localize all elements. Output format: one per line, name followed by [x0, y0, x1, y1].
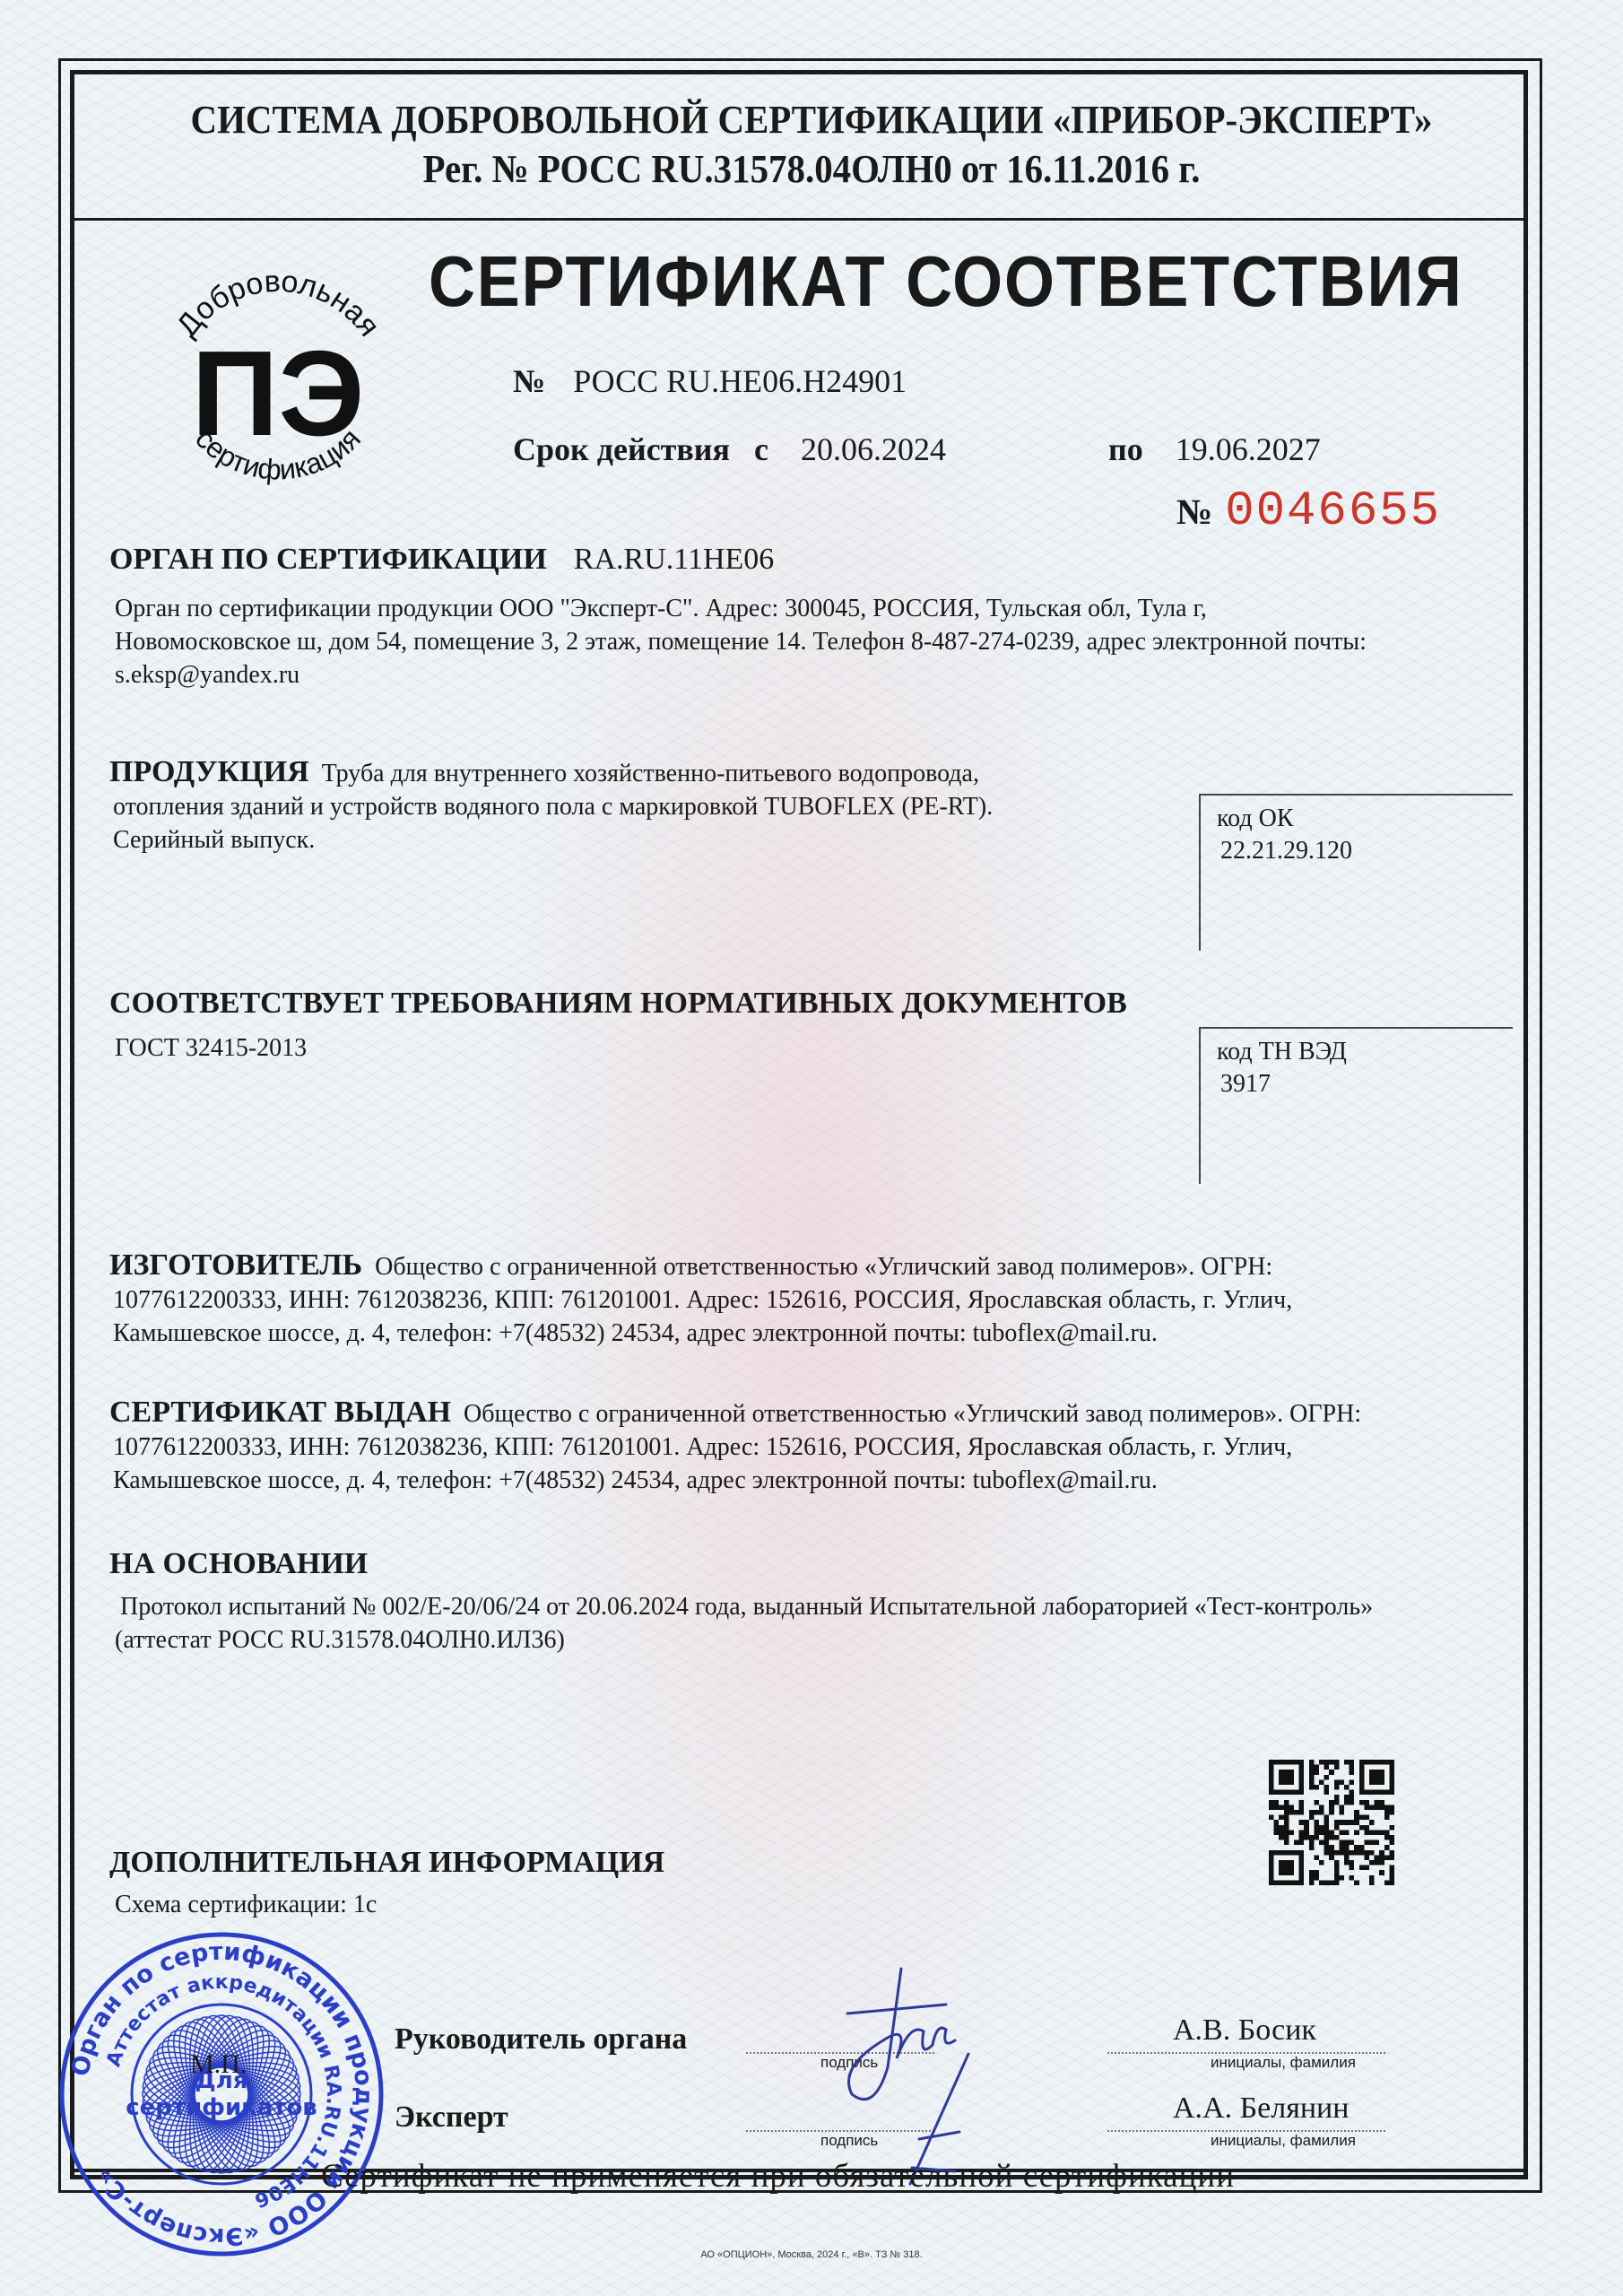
name-caption: инициалы, фамилия [1211, 2132, 1356, 2150]
basis-heading: НА ОСНОВАНИИ [109, 1547, 368, 1581]
name-caption: инициалы, фамилия [1211, 2054, 1356, 2072]
certification-scheme: Схема сертификации: 1с [115, 1888, 377, 1921]
conformity-heading: СООТВЕТСТВУЕТ ТРЕБОВАНИЯМ НОРМАТИВНЫХ ДО… [109, 987, 1127, 1021]
text-line: Камышевское шоссе, д. 4, телефон: +7(485… [109, 1464, 1361, 1497]
basis-details: Протокол испытаний № 002/Е-20/06/24 от 2… [115, 1590, 1373, 1657]
additional-info-heading: ДОПОЛНИТЕЛЬНАЯ ИНФОРМАЦИЯ [109, 1846, 664, 1880]
expert-label: Эксперт [395, 2100, 508, 2135]
certification-body-heading: ОРГАН ПО СЕРТИФИКАЦИИ [109, 543, 547, 576]
manufacturer-heading: ИЗГОТОВИТЕЛЬ [109, 1248, 362, 1282]
certification-body-details: Орган по сертификации продукции ООО "Экс… [115, 592, 1367, 691]
manufacturer-section: ИЗГОТОВИТЕЛЬ Общество с ограниченной отв… [109, 1248, 1292, 1350]
text-line: отопления зданий и устройств водяного по… [109, 790, 993, 823]
disclaimer: Сертификат не применяется при обязательн… [321, 2157, 1235, 2196]
blank-number: 0046655 [1225, 484, 1441, 539]
system-registration: Рег. № РОСС RU.31578.04ОЛН0 от 16.11.201… [56, 146, 1566, 192]
valid-from: 20.06.2024 [801, 431, 946, 467]
ok-code-label: код ОК [1217, 803, 1513, 835]
text-line: Орган по сертификации продукции ООО "Экс… [115, 592, 1367, 625]
head-name: А.В. Босик [1173, 2013, 1316, 2048]
to-label: по [1108, 431, 1143, 467]
qr-code-icon [1269, 1760, 1394, 1885]
issued-to-heading: СЕРТИФИКАТ ВЫДАН [109, 1396, 451, 1429]
valid-to: 19.06.2027 [1176, 431, 1321, 467]
tnved-code: 3917 [1217, 1068, 1513, 1100]
pe-logo-icon: Добровольная ПЭ сертификация [143, 260, 412, 511]
certification-body-code: RA.RU.11НЕ06 [574, 543, 775, 576]
issued-to-section: СЕРТИФИКАТ ВЫДАН Общество с ограниченной… [109, 1396, 1361, 1497]
ok-code-box: код ОК 22.21.29.120 [1199, 794, 1513, 951]
stamp-center-line2: сертификатов [126, 2094, 317, 2121]
text-line: Камышевское шоссе, д. 4, телефон: +7(485… [109, 1317, 1292, 1350]
text-line: Труба для внутреннего хозяйственно-питье… [322, 760, 979, 787]
from-label: с [754, 431, 768, 467]
text-line: 1077612200333, ИНН: 7612038236, КПП: 761… [109, 1431, 1361, 1464]
validity-to: по 19.06.2027 [1108, 430, 1321, 468]
certificate-title: СЕРТИФИКАТ СООТВЕТСТВИЯ [429, 240, 1463, 323]
head-of-body-label: Руководитель органа [395, 2022, 687, 2057]
certificate-number: РОСС RU.НЕ06.Н24901 [573, 363, 907, 399]
seal-placeholder-label: М.П. [190, 2049, 247, 2080]
validity-line: Срок действия с 20.06.2024 [513, 430, 946, 468]
validity-label: Срок действия [513, 431, 730, 467]
expert-name: А.А. Белянин [1173, 2092, 1349, 2126]
conformity-standard: ГОСТ 32415-2013 [115, 1031, 307, 1065]
seal-stamp-icon: Орган по сертификации продукции ООО «Экс… [56, 1928, 387, 2260]
text-line: Серийный выпуск. [109, 823, 993, 857]
tnved-code-box: код ТН ВЭД 3917 [1199, 1027, 1513, 1184]
certificate-number-line: № РОСС RU.НЕ06.Н24901 [513, 362, 907, 400]
text-line: s.eksp@yandex.ru [115, 658, 1367, 691]
ok-code: 22.21.29.120 [1217, 835, 1513, 867]
text-line: Общество с ограниченной ответственностью… [464, 1400, 1361, 1428]
text-line: Новомосковское ш, дом 54, помещение 3, 2… [115, 625, 1367, 658]
blank-number-label: № [1176, 491, 1212, 532]
certification-body-heading-row: ОРГАН ПО СЕРТИФИКАЦИИ RA.RU.11НЕ06 [109, 543, 774, 577]
text-line: (аттестат РОСС RU.31578.04ОЛН0.ИЛ36) [115, 1623, 1373, 1657]
text-line: Общество с ограниченной ответственностью… [375, 1253, 1272, 1281]
blank-number-line: №0046655 [1176, 484, 1441, 539]
printer-imprint: АО «ОПЦИОН», Москва, 2024 г., «В». ТЗ № … [0, 2249, 1623, 2260]
text-line: 1077612200333, ИНН: 7612038236, КПП: 761… [109, 1283, 1292, 1317]
tnved-code-label: код ТН ВЭД [1217, 1036, 1513, 1068]
header-divider [70, 218, 1528, 221]
product-section: ПРОДУКЦИЯ Труба для внутреннего хозяйств… [109, 755, 993, 857]
product-heading: ПРОДУКЦИЯ [109, 755, 309, 788]
number-label: № [513, 363, 545, 399]
text-line: Протокол испытаний № 002/Е-20/06/24 от 2… [115, 1590, 1373, 1623]
system-title: СИСТЕМА ДОБРОВОЛЬНОЙ СЕРТИФИКАЦИИ «ПРИБО… [56, 97, 1566, 143]
